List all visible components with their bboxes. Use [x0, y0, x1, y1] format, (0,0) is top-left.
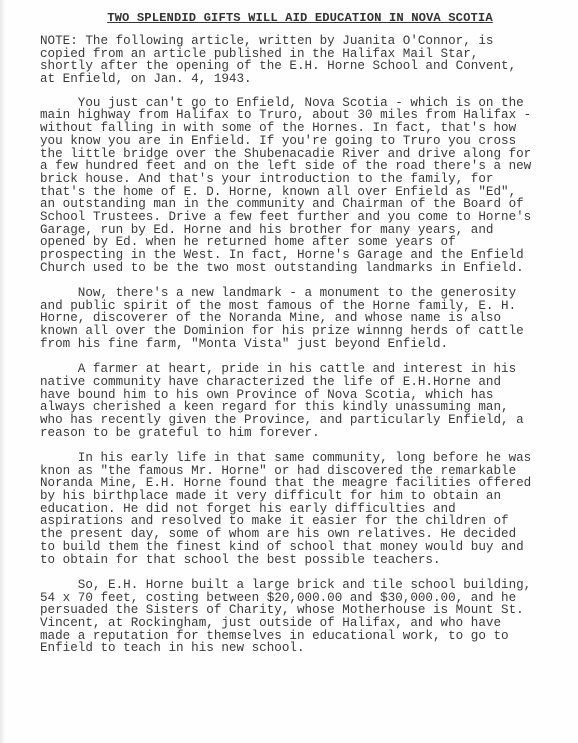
text-line: So, E.H. Horne built a large brick and t… [40, 579, 570, 592]
text-line: at Enfield, on Jan. 4, 1943. [40, 73, 570, 86]
paragraph-early-life: In his early life in that same community… [40, 452, 570, 566]
text-line: reason to be grateful to him forever. [40, 427, 570, 440]
text-line: Vincent, at Rockingham, just outside of … [40, 617, 570, 630]
document-page: TWO SPLENDID GIFTS WILL AID EDUCATION IN… [0, 0, 578, 743]
text-line: you know you are in Enfield. If you're g… [40, 135, 570, 148]
paragraph-farmer-at-heart: A farmer at heart, pride in his cattle a… [40, 363, 570, 439]
text-line: Now, there's a new landmark - a monument… [40, 287, 570, 300]
text-line: In his early life in that same community… [40, 452, 570, 465]
article-body: NOTE: The following article, written by … [40, 35, 570, 668]
text-line: a few hundred feet and on the left side … [40, 160, 570, 173]
text-line: A farmer at heart, pride in his cattle a… [40, 363, 570, 376]
text-line: Church used to be the two most outstandi… [40, 262, 570, 275]
text-line: native community have characterized the … [40, 376, 570, 389]
text-line: to obtain for that school the best possi… [40, 554, 570, 567]
editor-note-paragraph: NOTE: The following article, written by … [40, 35, 570, 86]
text-line: without falling in with some of the Horn… [40, 122, 570, 135]
text-line: who has recently given the Province, and… [40, 414, 570, 427]
paragraph-enfield-intro: You just can't go to Enfield, Nova Scoti… [40, 97, 570, 275]
paragraph-school-building: So, E.H. Horne built a large brick and t… [40, 579, 570, 655]
text-line: from his fine farm, "Monta Vista" just b… [40, 338, 570, 351]
text-line: prospecting in the West. In fact, Horne'… [40, 249, 570, 262]
page-edge-shadow [0, 0, 6, 743]
article-title: TWO SPLENDID GIFTS WILL AID EDUCATION IN… [0, 12, 578, 25]
text-line: NOTE: The following article, written by … [40, 35, 570, 48]
text-line: School Trustees. Drive a few feet furthe… [40, 211, 570, 224]
paragraph-new-landmark: Now, there's a new landmark - a monument… [40, 287, 570, 350]
text-line: the present day, some of whom are his ow… [40, 528, 570, 541]
text-line: known all over the Dominion for his priz… [40, 325, 570, 338]
text-line: by his birthplace made it very difficult… [40, 490, 570, 503]
text-line: Enfield to teach in his new school. [40, 642, 570, 655]
text-line: to build them the finest kind of school … [40, 541, 570, 554]
text-line: brick house. And that's your introductio… [40, 173, 570, 186]
